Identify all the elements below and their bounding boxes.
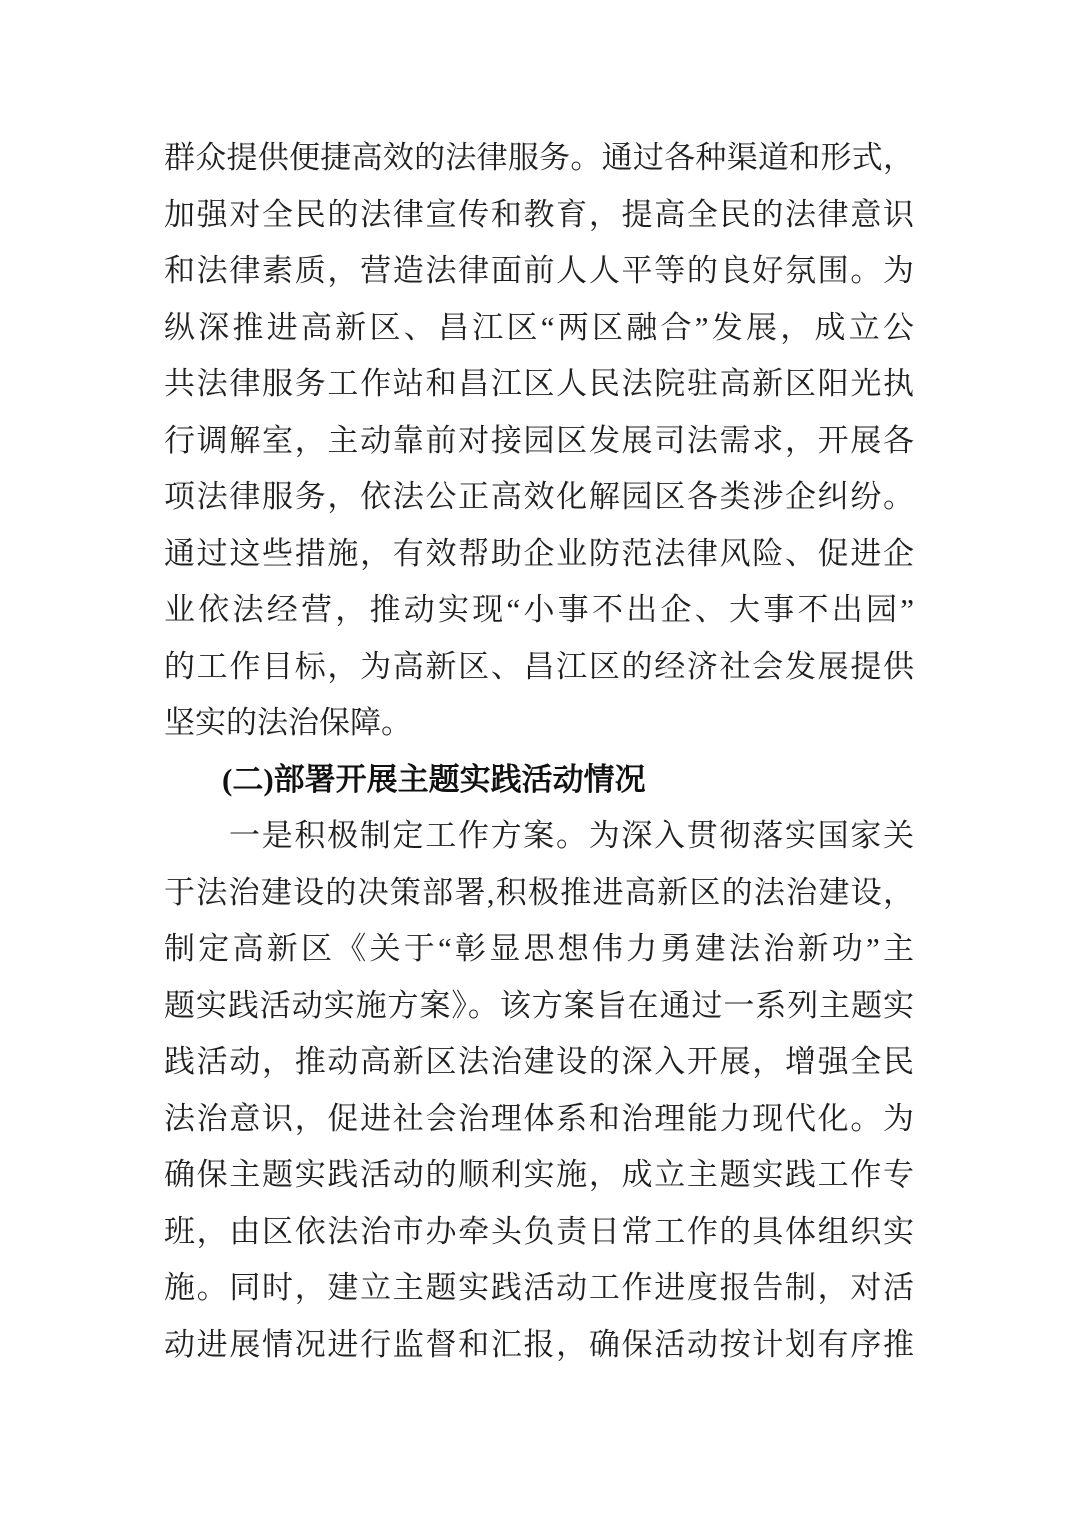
text-line: 项法律服务，依法公正高效化解园区各类涉企纠纷。	[164, 469, 914, 526]
document-body: 群众提供便捷高效的法律服务。通过各种渠道和形式，加强对全民的法律宣传和教育，提高…	[164, 130, 914, 1373]
text-line: 坚实的法治保障。	[164, 695, 914, 752]
text-line: 共法律服务工作站和昌江区人民法院驻高新区阳光执	[164, 356, 914, 413]
text-line: 法治意识，促进社会治理体系和治理能力现代化。为	[164, 1091, 914, 1148]
text-line: 纵深推进高新区、昌江区“两区融合”发展，成立公	[164, 300, 914, 357]
text-line: 和法律素质，营造法律面前人人平等的良好氛围。为	[164, 243, 914, 300]
text-line: 践活动，推动高新区法治建设的深入开展，增强全民	[164, 1034, 914, 1091]
text-line: 加强对全民的法律宣传和教育，提高全民的法律意识	[164, 187, 914, 244]
text-line: 施。同时，建立主题实践活动工作进度报告制，对活	[164, 1260, 914, 1317]
text-line: 班，由区依法治市办牵头负责日常工作的具体组织实	[164, 1204, 914, 1261]
text-line: 确保主题实践活动的顺利实施，成立主题实践工作专	[164, 1147, 914, 1204]
text-line: 一是积极制定工作方案。为深入贯彻落实国家关	[164, 808, 914, 865]
document-page: 群众提供便捷高效的法律服务。通过各种渠道和形式，加强对全民的法律宣传和教育，提高…	[0, 0, 1074, 1520]
text-line: 业依法经营，推动实现“小事不出企、大事不出园”	[164, 582, 914, 639]
text-line: 群众提供便捷高效的法律服务。通过各种渠道和形式，	[164, 130, 914, 187]
text-line: 题实践活动实施方案》。该方案旨在通过一系列主题实	[164, 978, 914, 1035]
text-line: 通过这些措施，有效帮助企业防范法律风险、促进企	[164, 526, 914, 583]
text-line: 动进展情况进行监督和汇报，确保活动按计划有序推	[164, 1317, 914, 1374]
text-line: 制定高新区《关于“彰显思想伟力勇建法治新功”主	[164, 921, 914, 978]
text-line: 行调解室，主动靠前对接园区发展司法需求，开展各	[164, 413, 914, 470]
text-line: 的工作目标，为高新区、昌江区的经济社会发展提供	[164, 639, 914, 696]
section-heading: (二)部署开展主题实践活动情况	[164, 752, 914, 809]
text-line: 于法治建设的决策部署,积极推进高新区的法治建设，	[164, 865, 914, 922]
